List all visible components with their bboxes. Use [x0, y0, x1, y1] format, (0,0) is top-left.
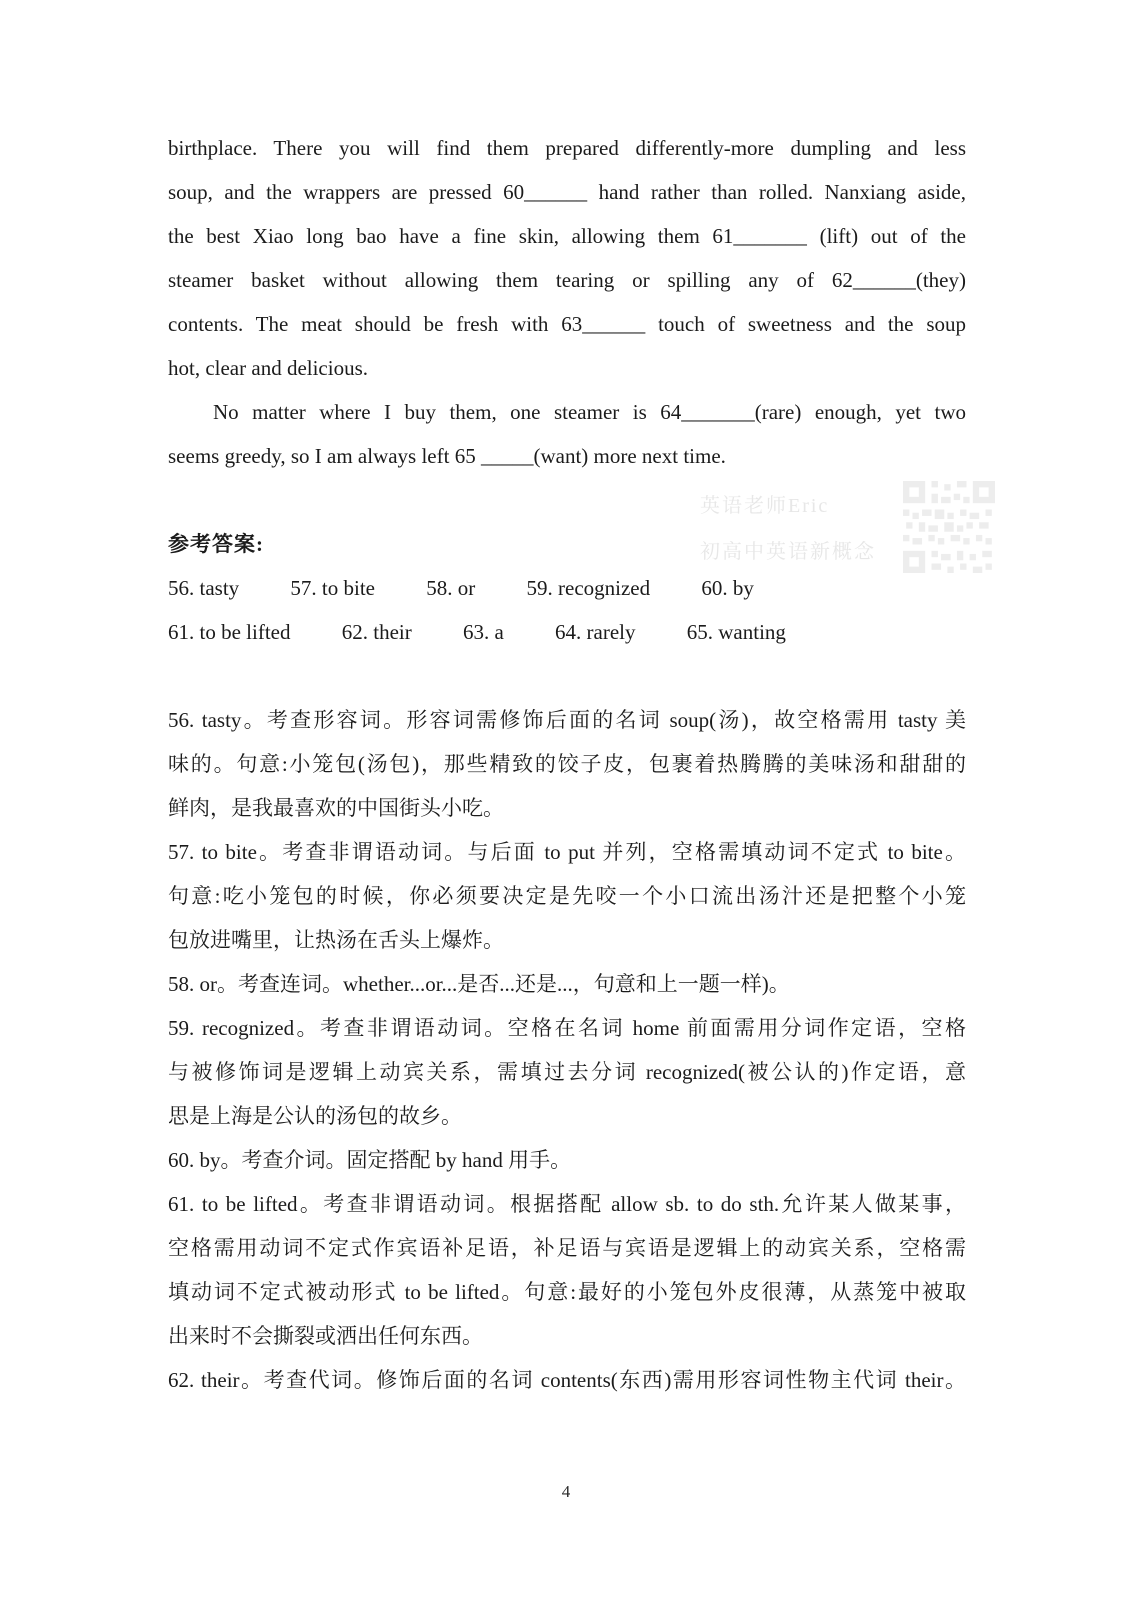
explanation-line: 句意:吃小笼包的时候，你必须要决定是先咬一个小口流出汤汁还是把整个小笼	[168, 874, 966, 918]
explanation-line: 56. tasty。考查形容词。形容词需修饰后面的名词 soup(汤)，故空格需…	[168, 698, 966, 742]
passage-line: soup, and the wrappers are pressed 60___…	[168, 170, 966, 214]
explanation-line: 空格需用动词不定式作宾语补足语，补足语与宾语是逻辑上的动宾关系，空格需	[168, 1226, 966, 1270]
passage-line: seems greedy, so I am always left 65 ___…	[168, 434, 966, 478]
passage-line: hot, clear and delicious.	[168, 346, 966, 390]
watermark-text-2: 初高中英语新概念	[700, 535, 876, 564]
explanation-line: 味的。句意:小笼包(汤包)，那些精致的饺子皮，包裹着热腾腾的美味汤和甜甜的	[168, 742, 966, 786]
page-number: 4	[0, 1482, 1132, 1502]
answer-item: 60. by	[701, 566, 754, 610]
passage-line: the best Xiao long bao have a fine skin,…	[168, 214, 966, 258]
answer-item: 57. to bite	[290, 566, 375, 610]
answer-item: 63. a	[463, 610, 504, 654]
watermark-qr-code-icon	[903, 481, 995, 573]
answer-item: 58. or	[426, 566, 475, 610]
explanation-line: 包放进嘴里，让热汤在舌头上爆炸。	[168, 918, 966, 962]
explanation-line: 61. to be lifted。考查非谓语动词。根据搭配 allow sb. …	[168, 1182, 966, 1226]
document-page: birthplace. There you will find them pre…	[0, 0, 1132, 1600]
answer-item: 56. tasty	[168, 566, 239, 610]
passage-paragraph-1: birthplace. There you will find them pre…	[168, 126, 966, 390]
watermark-text-1: 英语老师Eric	[700, 489, 829, 518]
passage-paragraph-2: No matter where I buy them, one steamer …	[168, 390, 966, 478]
explanation-line: 填动词不定式被动形式 to be lifted。句意:最好的小笼包外皮很薄，从蒸…	[168, 1270, 966, 1314]
explanation-line: 60. by。考查介词。固定搭配 by hand 用手。	[168, 1138, 966, 1182]
passage-line: No matter where I buy them, one steamer …	[168, 390, 966, 434]
answer-item: 59. recognized	[527, 566, 651, 610]
answer-item: 65. wanting	[687, 610, 786, 654]
explanation-line: 59. recognized。考查非谓语动词。空格在名词 home 前面需用分词…	[168, 1006, 966, 1050]
explanation-line: 出来时不会撕裂或洒出任何东西。	[168, 1314, 966, 1358]
answer-item: 64. rarely	[555, 610, 635, 654]
explanation-line: 思是上海是公认的汤包的故乡。	[168, 1094, 966, 1138]
explanations-section: 56. tasty。考查形容词。形容词需修饰后面的名词 soup(汤)，故空格需…	[168, 698, 966, 1402]
explanation-line: 62. their。考查代词。修饰后面的名词 contents(东西)需用形容词…	[168, 1358, 966, 1402]
passage-line: steamer basket without allowing them tea…	[168, 258, 966, 302]
explanation-line: 58. or。考查连词。whether...or...是否...还是...，句意…	[168, 962, 966, 1006]
passage-line: birthplace. There you will find them pre…	[168, 126, 966, 170]
document-content: birthplace. There you will find them pre…	[168, 126, 966, 1402]
explanation-line: 鲜肉，是我最喜欢的中国街头小吃。	[168, 786, 966, 830]
passage-line: contents. The meat should be fresh with …	[168, 302, 966, 346]
answer-row-1: 56. tasty 57. to bite 58. or 59. recogni…	[168, 566, 966, 610]
answer-row-2: 61. to be lifted 62. their 63. a 64. rar…	[168, 610, 966, 654]
answer-item: 61. to be lifted	[168, 610, 290, 654]
explanation-line: 57. to bite。考查非谓语动词。与后面 to put 并列，空格需填动词…	[168, 830, 966, 874]
explanation-line: 与被修饰词是逻辑上动宾关系，需填过去分词 recognized(被公认的)作定语…	[168, 1050, 966, 1094]
answer-item: 62. their	[342, 610, 412, 654]
